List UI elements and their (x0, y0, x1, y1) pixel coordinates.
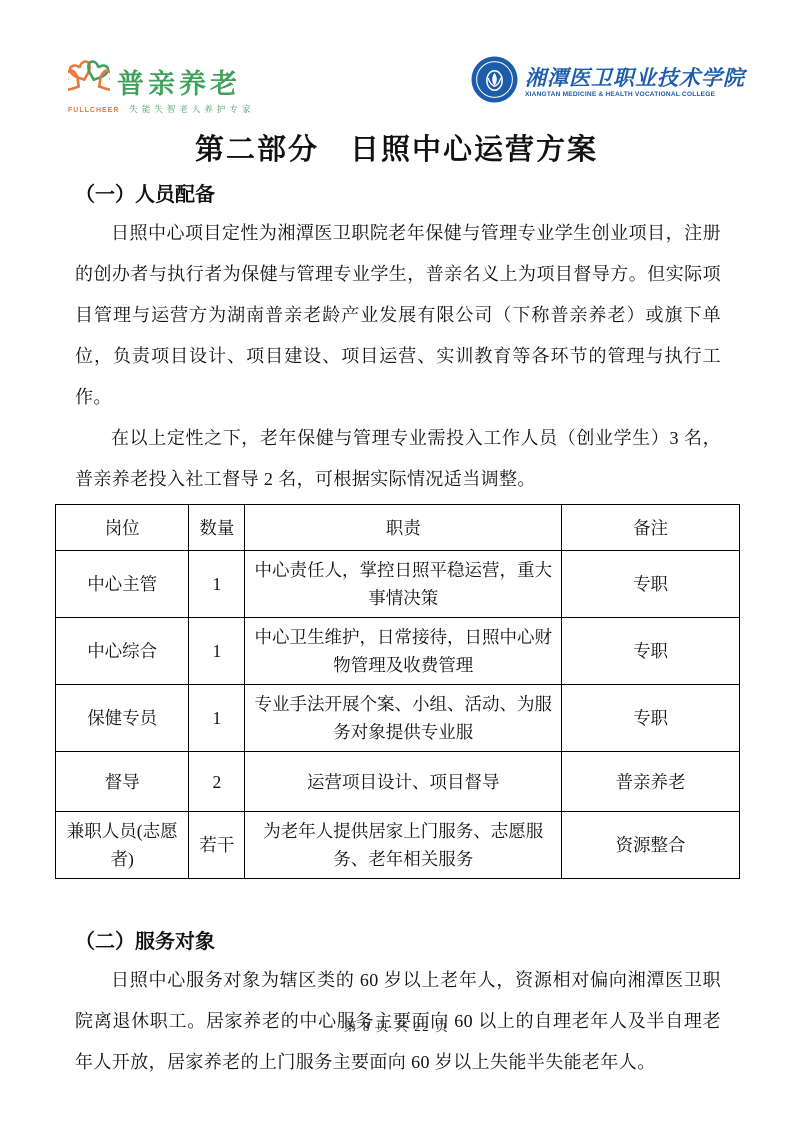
fullcheer-tagline: 失能失智老人养护专家 (129, 103, 254, 115)
section-1-paragraph-1: 日照中心项目定性为湘潭医卫职院老年保健与管理专业学生创业项目，注册的创办者与执行… (75, 213, 721, 418)
page-number-footer: 第 8 页 共 22 页 (0, 1016, 793, 1035)
page-header: 普亲养老 FULLCHEER 失能失智老人养护专家 湘潭医卫职业技术学院 (0, 0, 793, 115)
staffing-table-wrap: 岗位 数量 职责 备注 中心主管 1 中心责任人，掌控日照平稳运营，重大事情决策… (55, 504, 740, 879)
document-page: 普亲养老 FULLCHEER 失能失智老人养护专家 湘潭医卫职业技术学院 (0, 0, 793, 1122)
college-emblem-icon (471, 56, 518, 108)
fullcheer-en-name: FULLCHEER (68, 107, 119, 114)
table-row: 督导 2 运营项目设计、项目督导 普亲养老 (56, 752, 740, 812)
clover-icon (68, 52, 110, 101)
fullcheer-wordmark: 普亲养老 (117, 71, 241, 101)
table-row: 中心综合 1 中心卫生维护，日常接待，日照中心财物管理及收费管理 专职 (56, 618, 740, 685)
college-name-cn: 湘潭医卫职业技术学院 (525, 66, 745, 90)
table-header-row: 岗位 数量 职责 备注 (56, 505, 740, 551)
table-row: 中心主管 1 中心责任人，掌控日照平稳运营，重大事情决策 专职 (56, 551, 740, 618)
col-header-note: 备注 (562, 505, 740, 551)
page-number-text: 第 8 页 共 22 页 (344, 1019, 450, 1034)
section-1-heading: （一）人员配备 (75, 178, 793, 207)
college-name-en: XIANGTAN MEDICINE & HEALTH VOCATIONAL CO… (525, 91, 745, 98)
table-row: 保健专员 1 专业手法开展个案、小组、活动、为服务对象提供专业服 专职 (56, 685, 740, 752)
section-2-heading: （二）服务对象 (75, 925, 793, 954)
col-header-count: 数量 (189, 505, 245, 551)
staffing-table: 岗位 数量 职责 备注 中心主管 1 中心责任人，掌控日照平稳运营，重大事情决策… (55, 504, 740, 879)
college-logo: 湘潭医卫职业技术学院 XIANGTAN MEDICINE & HEALTH VO… (471, 56, 745, 108)
fullcheer-logo: 普亲养老 FULLCHEER 失能失智老人养护专家 (68, 52, 254, 115)
page-title: 第二部分 日照中心运营方案 (0, 127, 793, 168)
col-header-duty: 职责 (245, 505, 562, 551)
col-header-position: 岗位 (56, 505, 189, 551)
section-1-paragraph-2: 在以上定性之下，老年保健与管理专业需投入工作人员（创业学生）3 名，普亲养老投入… (75, 418, 721, 500)
table-row: 兼职人员(志愿者) 若干 为老年人提供居家上门服务、志愿服务、老年相关服务 资源… (56, 812, 740, 879)
